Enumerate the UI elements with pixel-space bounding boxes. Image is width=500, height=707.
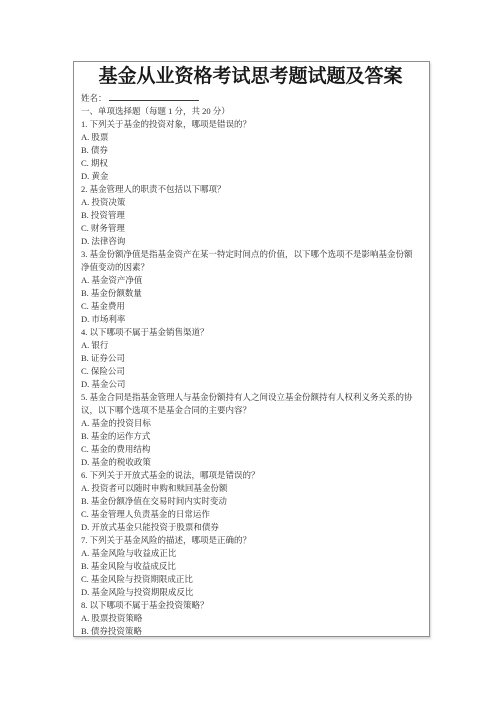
question-3-option-c: C. 基金费用 — [81, 300, 420, 313]
name-line: 姓名： — [81, 92, 420, 105]
question-7-text: 7. 下列关于基金风险的描述，哪项是正确的？ — [81, 534, 420, 547]
question-5-option-c: C. 基金的费用结构 — [81, 443, 420, 456]
question-8-text: 8. 以下哪项不属于基金投资策略？ — [81, 599, 420, 612]
question-6-option-c: C. 基金管理人负责基金的日常运作 — [81, 508, 420, 521]
question-2-option-b: B. 投资管理 — [81, 209, 420, 222]
question-4-text: 4. 以下哪项不属于基金销售渠道？ — [81, 326, 420, 339]
question-5-option-a: A. 基金的投资目标 — [81, 417, 420, 430]
question-7-option-a: A. 基金风险与收益成正比 — [81, 547, 420, 560]
exam-sheet: 基金从业资格考试思考题试题及答案 姓名： 一、单项选择题（每题 1 分，共 20… — [73, 61, 430, 637]
name-label: 姓名： — [81, 93, 107, 103]
question-4-option-c: C. 保险公司 — [81, 365, 420, 378]
question-4-option-a: A. 银行 — [81, 339, 420, 352]
question-5-option-b: B. 基金的运作方式 — [81, 430, 420, 443]
question-4-option-b: B. 证券公司 — [81, 352, 420, 365]
question-1-option-d: D. 黄金 — [81, 170, 420, 183]
question-1-option-b: B. 债券 — [81, 144, 420, 157]
question-2-option-a: A. 投资决策 — [81, 196, 420, 209]
question-6-option-d: D. 开放式基金只能投资于股票和债券 — [81, 521, 420, 534]
question-6-option-b: B. 基金份额净值在交易时间内实时变动 — [81, 495, 420, 508]
question-2-option-c: C. 财务管理 — [81, 222, 420, 235]
question-6-text: 6. 下列关于开放式基金的说法，哪项是错误的？ — [81, 469, 420, 482]
question-block-6: 6. 下列关于开放式基金的说法，哪项是错误的？ A. 投资者可以随时申购和赎回基… — [81, 469, 420, 534]
question-3-option-b: B. 基金份额数量 — [81, 287, 420, 300]
question-3-option-a: A. 基金资产净值 — [81, 274, 420, 287]
question-7-option-c: C. 基金风险与投资期限成正比 — [81, 573, 420, 586]
question-8-option-b: B. 债券投资策略 — [81, 625, 420, 638]
question-block-2: 2. 基金管理人的职责不包括以下哪项？ A. 投资决策 B. 投资管理 C. 财… — [81, 183, 420, 248]
name-blank-line — [109, 92, 199, 101]
question-block-7: 7. 下列关于基金风险的描述，哪项是正确的？ A. 基金风险与收益成正比 B. … — [81, 534, 420, 599]
question-8-option-a: A. 股票投资策略 — [81, 612, 420, 625]
question-6-option-a: A. 投资者可以随时申购和赎回基金份额 — [81, 482, 420, 495]
question-7-option-b: B. 基金风险与收益成反比 — [81, 560, 420, 573]
question-2-text: 2. 基金管理人的职责不包括以下哪项？ — [81, 183, 420, 196]
question-3-text: 3. 基金份额净值是指基金资产在某一特定时间点的价值，以下哪个选项不是影响基金份… — [81, 248, 420, 274]
section-heading: 一、单项选择题（每题 1 分，共 20 分） — [81, 105, 420, 118]
question-4-option-d: D. 基金公司 — [81, 378, 420, 391]
question-block-3: 3. 基金份额净值是指基金资产在某一特定时间点的价值，以下哪个选项不是影响基金份… — [81, 248, 420, 326]
question-1-option-c: C. 期权 — [81, 157, 420, 170]
question-1-text: 1. 下列关于基金的投资对象，哪项是错误的？ — [81, 118, 420, 131]
question-3-option-d: D. 市场利率 — [81, 313, 420, 326]
question-5-option-d: D. 基金的税收政策 — [81, 456, 420, 469]
question-2-option-d: D. 法律咨询 — [81, 235, 420, 248]
question-1-option-a: A. 股票 — [81, 131, 420, 144]
question-5-text: 5. 基金合同是指基金管理人与基金份额持有人之间设立基金份额持有人权利义务关系的… — [81, 391, 420, 417]
question-block-1: 1. 下列关于基金的投资对象，哪项是错误的？ A. 股票 B. 债券 C. 期权… — [81, 118, 420, 183]
question-block-5: 5. 基金合同是指基金管理人与基金份额持有人之间设立基金份额持有人权利义务关系的… — [81, 391, 420, 469]
question-block-8: 8. 以下哪项不属于基金投资策略？ A. 股票投资策略 B. 债券投资策略 — [81, 599, 420, 638]
question-7-option-d: D. 基金风险与投资期限成反比 — [81, 586, 420, 599]
question-block-4: 4. 以下哪项不属于基金销售渠道？ A. 银行 B. 证券公司 C. 保险公司 … — [81, 326, 420, 391]
document-page: 基金从业资格考试思考题试题及答案 姓名： 一、单项选择题（每题 1 分，共 20… — [0, 0, 500, 707]
page-title: 基金从业资格考试思考题试题及答案 — [81, 65, 420, 89]
